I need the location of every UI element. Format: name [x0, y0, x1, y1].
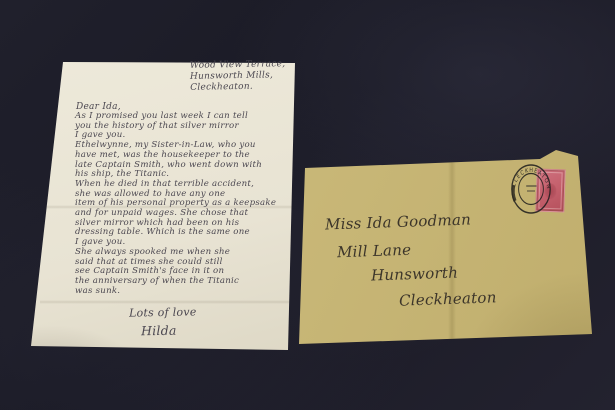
- letter-fold-crease: [40, 205, 295, 209]
- svg-text:CLECKHEATON: CLECKHEATON: [511, 167, 551, 190]
- postmark-town-text: CLECKHEATON: [511, 167, 551, 190]
- letter-fold-crease: [40, 300, 295, 304]
- photo-of-letter-and-envelope: Wood View Terrace, Hunsworth Mills, Clec…: [0, 0, 615, 410]
- postmark-cancellation: CLECKHEATON: [503, 161, 559, 217]
